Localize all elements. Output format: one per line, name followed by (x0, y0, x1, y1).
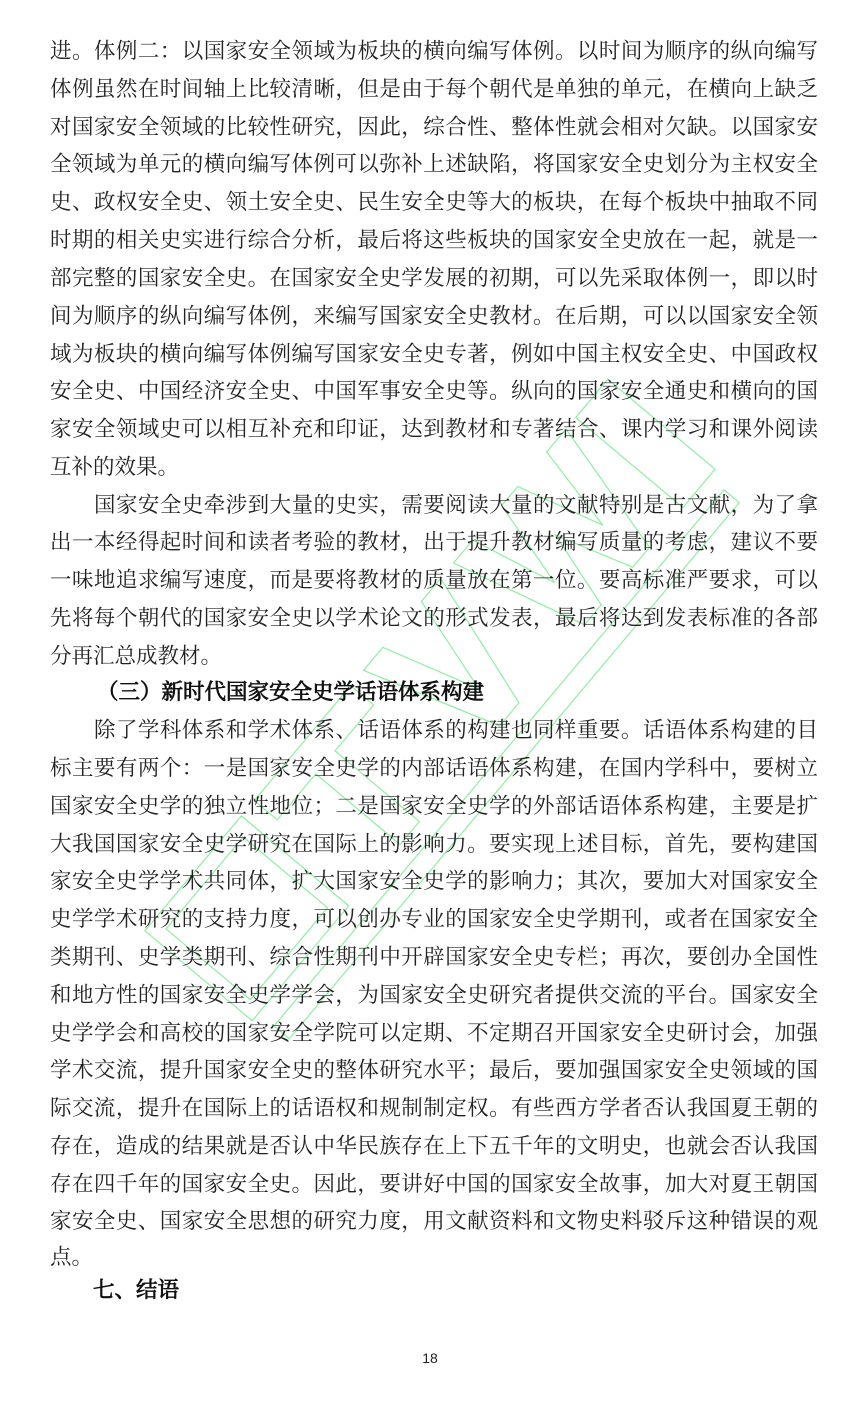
body-text-line: 家安全史学学术共同体，扩大国家安全史学的影响力；其次，要加大对国家安全 (50, 867, 818, 897)
section-heading: 七、结语 (93, 1276, 179, 1306)
body-text-line: 点。 (50, 1243, 818, 1273)
body-text-line: 全领域为单元的横向编写体例可以弥补上述缺陷，将国家安全史划分为主权安全 (50, 150, 818, 180)
body-text-line: 互补的效果。 (50, 453, 818, 483)
body-text-line: 史学学术研究的支持力度，可以创办专业的国家安全史学期刊，或者在国家安全 (50, 905, 818, 935)
body-text-line: 出一本经得起时间和读者考验的教材，出于提升教材编写质量的考虑，建议不要 (50, 528, 818, 558)
body-text-line: 存在，造成的结果就是否认中华民族存在上下五千年的文明史，也就会否认我国 (50, 1132, 818, 1162)
body-text-line: 间为顺序的纵向编写体例，来编写国家安全史教材。在后期，可以以国家安全领 (50, 302, 818, 332)
body-text-line: 安全史、中国经济安全史、中国军事安全史等。纵向的国家安全通史和横向的国 (50, 377, 818, 407)
body-text-line: 标主要有两个：一是国家安全史学的内部话语体系构建，在国内学科中，要树立 (50, 754, 818, 784)
body-text-line: 对国家安全领域的比较性研究，因此，综合性、整体性就会相对欠缺。以国家安 (50, 113, 818, 143)
body-text-line: 除了学科体系和学术体系、话语体系的构建也同样重要。话语体系构建的目 (94, 716, 818, 746)
body-text-line: 进。体例二：以国家安全领域为板块的横向编写体例。以时间为顺序的纵向编写 (50, 37, 818, 67)
subsection-heading: （三）新时代国家安全史学话语体系构建 (97, 678, 484, 708)
body-text-line: 存在四千年的国家安全史。因此，要讲好中国的国家安全故事，加大对夏王朝国 (50, 1170, 818, 1200)
document-page: 进。体例二：以国家安全领域为板块的横向编写体例。以时间为顺序的纵向编写 体例虽然… (0, 0, 860, 1412)
body-text-line: 部完整的国家安全史。在国家安全史学发展的初期，可以先采取体例一，即以时 (50, 264, 818, 294)
body-text-line: 体例虽然在时间轴上比较清晰，但是由于每个朝代是单独的单元，在横向上缺乏 (50, 75, 818, 105)
body-text-line: 家安全史、国家安全思想的研究力度，用文献资料和文物史料驳斥这种错误的观 (50, 1207, 818, 1237)
body-text-line: 国家安全史学的独立性地位；二是国家安全史学的外部话语体系构建，主要是扩 (50, 792, 818, 822)
body-text-line: 类期刊、史学类期刊、综合性期刊中开辟国家安全史专栏；再次，要创办全国性 (50, 943, 818, 973)
body-text-line: 时期的相关史实进行综合分析，最后将这些板块的国家安全史放在一起，就是一 (50, 226, 818, 256)
body-text-line: 一味地追求编写速度，而是要将教材的质量放在第一位。要高标准严要求，可以 (50, 566, 818, 596)
body-text-line: 史学学会和高校的国家安全学院可以定期、不定期召开国家安全史研讨会，加强 (50, 1019, 818, 1049)
body-text-line: 家安全领域史可以相互补充和印证，达到教材和专著结合、课内学习和课外阅读 (50, 415, 818, 445)
body-text-line: 先将每个朝代的国家安全史以学术论文的形式发表，最后将达到发表标准的各部 (50, 604, 818, 634)
body-text-line: 际交流，提升在国际上的话语权和规制制定权。有些西方学者否认我国夏王朝的 (50, 1094, 818, 1124)
body-text-line: 国家安全史牵涉到大量的史实，需要阅读大量的文献特别是古文献，为了拿 (94, 491, 818, 521)
body-text-line: 史、政权安全史、领土安全史、民生安全史等大的板块，在每个板块中抽取不同 (50, 188, 818, 218)
body-text-line: 分再汇总成教材。 (50, 642, 818, 672)
body-text-line: 和地方性的国家安全史学学会，为国家安全史研究者提供交流的平台。国家安全 (50, 981, 818, 1011)
body-text-line: 大我国国家安全史学研究在国际上的影响力。要实现上述目标，首先，要构建国 (50, 830, 818, 860)
body-text-line: 域为板块的横向编写体例编写国家安全史专著，例如中国主权安全史、中国政权 (50, 340, 818, 370)
body-text-line: 学术交流，提升国家安全史的整体研究水平；最后，要加强国家安全史领域的国 (50, 1056, 818, 1086)
page-number: 18 (0, 1350, 860, 1366)
